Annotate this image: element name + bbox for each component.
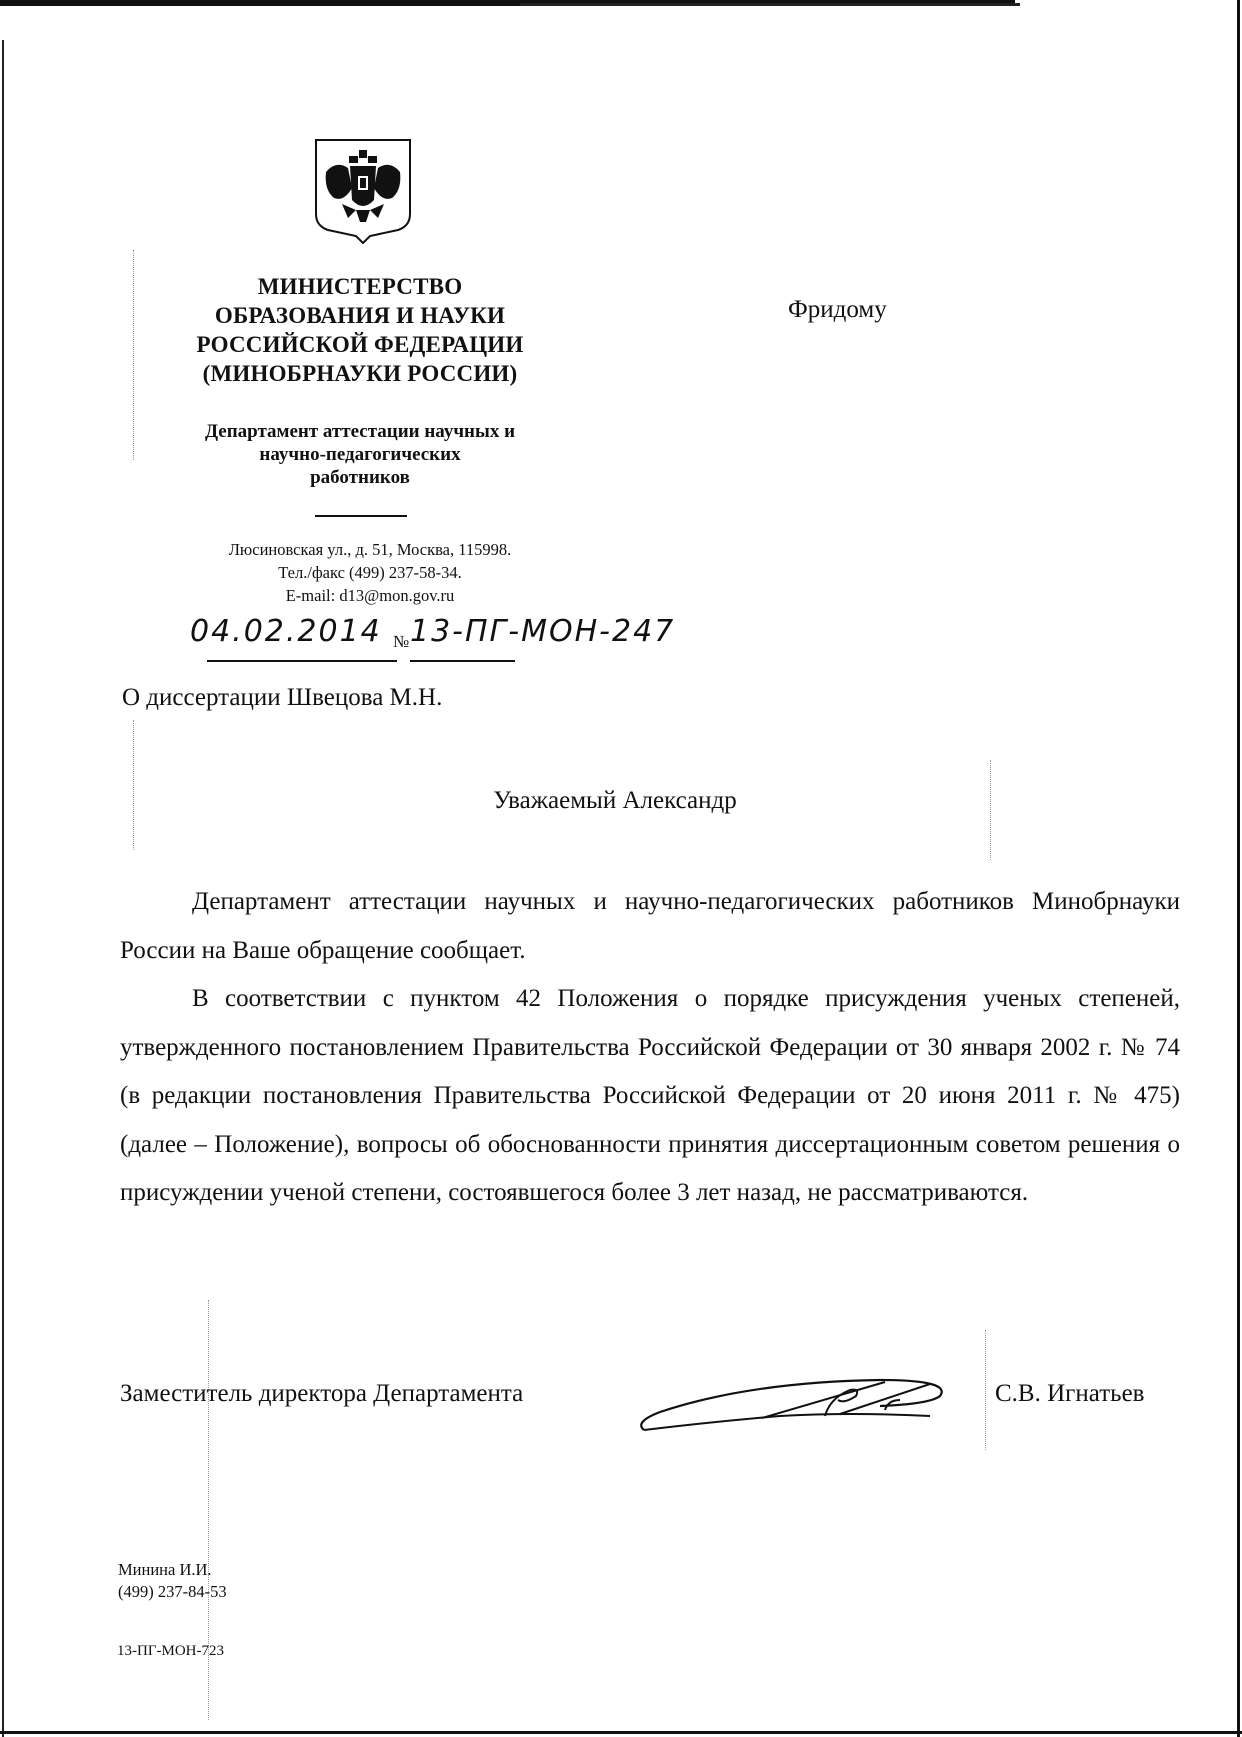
scan-border-top (520, 3, 1020, 6)
department-name: Департамент аттестации научных и научно-… (150, 420, 570, 489)
email-line: E-mail: d13@mon.gov.ru (170, 584, 570, 607)
department-line: работников (150, 466, 570, 489)
scan-noise (985, 1330, 987, 1450)
department-line: Департамент аттестации научных и (150, 420, 570, 443)
letter-body: Департамент аттестации научных и научно-… (120, 878, 1180, 1218)
ministry-name: МИНИСТЕРСТВО ОБРАЗОВАНИЯ И НАУКИ РОССИЙС… (170, 272, 550, 388)
executor-name: Минина И.И. (118, 1559, 227, 1581)
handwritten-date: 04.02.2014 (190, 614, 382, 649)
scan-noise (133, 250, 135, 460)
executor-phone: (499) 237-84-53 (118, 1581, 227, 1603)
scan-noise (133, 720, 135, 850)
number-underline (410, 660, 515, 662)
department-line: научно-педагогических (150, 443, 570, 466)
scan-border-right (1237, 0, 1240, 1737)
number-sign: № (393, 632, 409, 652)
greeting: Уважаемый Александр (0, 787, 1242, 815)
ministry-line: РОССИЙСКОЙ ФЕДЕРАЦИИ (170, 330, 550, 359)
coat-of-arms-icon (312, 136, 414, 244)
body-paragraph: Департамент аттестации научных и научно-… (120, 878, 1180, 975)
divider (315, 515, 407, 517)
subject-line: О диссертации Швецова М.Н. (122, 684, 442, 712)
scan-border-bottom (0, 1731, 1242, 1734)
signatory-title: Заместитель директора Департамента (120, 1380, 523, 1408)
recipient: Фридому (788, 296, 887, 324)
outgoing-code: 13-ПГ-МОН-723 (117, 1643, 224, 1660)
phone-line: Тел./факс (499) 237-58-34. (170, 561, 570, 584)
executor-block: Минина И.И. (499) 237-84-53 (118, 1559, 227, 1603)
ministry-line: ОБРАЗОВАНИЯ И НАУКИ (170, 301, 550, 330)
date-underline (207, 660, 397, 662)
address-line: Люсиновская ул., д. 51, Москва, 115998. (170, 538, 570, 561)
body-paragraph: В соответствии с пунктом 42 Положения о … (120, 975, 1180, 1218)
handwritten-reg-number: 13-ПГ-МОН-247 (410, 614, 675, 649)
ministry-line: МИНИСТЕРСТВО (170, 272, 550, 301)
handwritten-signature (630, 1360, 960, 1440)
greeting-text: Уважаемый Александр (493, 787, 736, 814)
address-block: Люсиновская ул., д. 51, Москва, 115998. … (170, 538, 570, 607)
scan-border-left (2, 40, 4, 1737)
signatory-name: С.В. Игнатьев (995, 1380, 1144, 1408)
ministry-line: (МИНОБРНАУКИ РОССИИ) (170, 359, 550, 388)
